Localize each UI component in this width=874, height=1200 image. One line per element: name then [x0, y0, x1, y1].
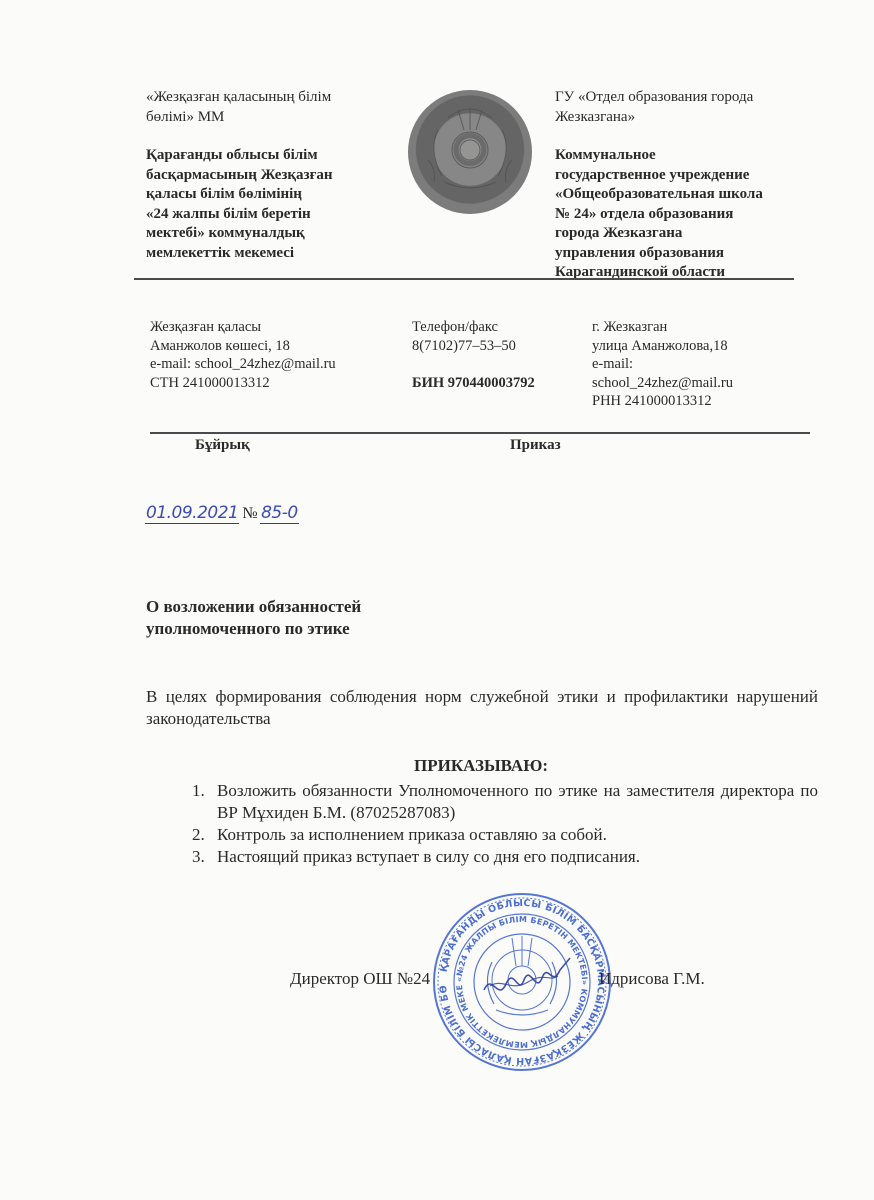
contacts-left: Жезқазған қаласы Аманжолов көшесі, 18 e-…: [150, 318, 390, 392]
order-label-russian: Приказ: [510, 437, 561, 454]
document-title: О возложении обязанностей уполномоченног…: [146, 596, 546, 640]
school-name-kz-line: «24 жалпы білім беретін: [146, 205, 396, 225]
contact-line: улица Аманжолова,18: [592, 337, 812, 356]
order-date: 01.09.2021: [145, 503, 239, 524]
contacts-divider: [150, 432, 810, 434]
contact-line: Аманжолов көшесі, 18: [150, 337, 390, 356]
order-label-kazakh: Бұйрық: [195, 437, 250, 454]
contacts-middle: Телефон/факс 8(7102)77–53–50 БИН 9704400…: [412, 318, 572, 392]
phone-number: 8(7102)77–53–50: [412, 337, 572, 356]
official-stamp-icon: ҚАРАҒАНДЫ ОБЛЫСЫ БІЛІМ БАСҚАРМАСЫНЫҢ ЖЕЗ…: [432, 892, 612, 1072]
parent-org-ru-line2: Жезказгана»: [555, 108, 805, 128]
number-sign: №: [242, 505, 257, 522]
contact-rnn: РНН 241000013312: [592, 392, 812, 411]
header-left-kazakh: «Жезқазған қаласының білім бөлімі» ММ Қа…: [146, 88, 396, 263]
school-name-ru-line: города Жезказгана: [555, 224, 805, 244]
parent-org-kz-line1: «Жезқазған қаласының білім: [146, 88, 396, 108]
preamble: В целях формирования соблюдения норм слу…: [146, 686, 818, 730]
school-name-ru-line: «Общеобразовательная школа: [555, 185, 805, 205]
school-name-kz-line: басқармасының Жезқазған: [146, 166, 396, 186]
title-line1: О возложении обязанностей: [146, 596, 546, 618]
stamp-graphic-icon: ҚАРАҒАНДЫ ОБЛЫСЫ БІЛІМ БАСҚАРМАСЫНЫҢ ЖЕЗ…: [432, 892, 612, 1072]
title-line2: уполномоченного по этике: [146, 618, 546, 640]
school-name-kz-line: қаласы білім бөлімінің: [146, 185, 396, 205]
order-items: 1. Возложить обязанности Уполномоченного…: [192, 780, 818, 868]
school-name-kz-line: Қарағанды облысы білім: [146, 146, 396, 166]
signatory-position: Директор ОШ №24: [290, 969, 430, 989]
header-right-russian: ГУ «Отдел образования города Жезказгана»…: [555, 88, 805, 283]
order-item: 3. Настоящий приказ вступает в силу со д…: [192, 846, 818, 868]
school-name-kz-line: мемлекеттік мекемесі: [146, 244, 396, 264]
emblem-graphic-icon: [408, 90, 532, 214]
order-heading: ПРИКАЗЫВАЮ:: [146, 756, 816, 776]
phone-label: Телефон/факс: [412, 318, 572, 337]
header-divider: [134, 278, 794, 280]
order-item: 2. Контроль за исполнением приказа остав…: [192, 824, 818, 846]
order-date-number: 01.09.2021№85-0: [145, 503, 299, 523]
contact-stn: СТН 241000013312: [150, 374, 390, 393]
contact-email: school_24zhez@mail.ru: [592, 374, 812, 393]
school-name-ru-line: управления образования: [555, 244, 805, 264]
contact-line: Жезқазған қаласы: [150, 318, 390, 337]
parent-org-kz-line2: бөлімі» ММ: [146, 108, 396, 128]
contact-email: e-mail: school_24zhez@mail.ru: [150, 355, 390, 374]
contact-line: г. Жезказган: [592, 318, 812, 337]
order-item: 1. Возложить обязанности Уполномоченного…: [192, 780, 818, 824]
parent-org-ru-line1: ГУ «Отдел образования города: [555, 88, 805, 108]
school-name-kz-line: мектебі» коммуналдық: [146, 224, 396, 244]
school-name-ru-line: № 24» отдела образования: [555, 205, 805, 225]
school-name-ru-line: государственное учреждение: [555, 166, 805, 186]
signatory-name: Идрисова Г.М.: [599, 969, 705, 989]
bin-number: БИН 970440003792: [412, 374, 572, 393]
contacts-right: г. Жезказган улица Аманжолова,18 e-mail:…: [592, 318, 812, 411]
order-number: 85-0: [260, 503, 299, 524]
contact-line: e-mail:: [592, 355, 812, 374]
school-name-ru-line: Коммунальное: [555, 146, 805, 166]
state-emblem-icon: [408, 90, 532, 214]
